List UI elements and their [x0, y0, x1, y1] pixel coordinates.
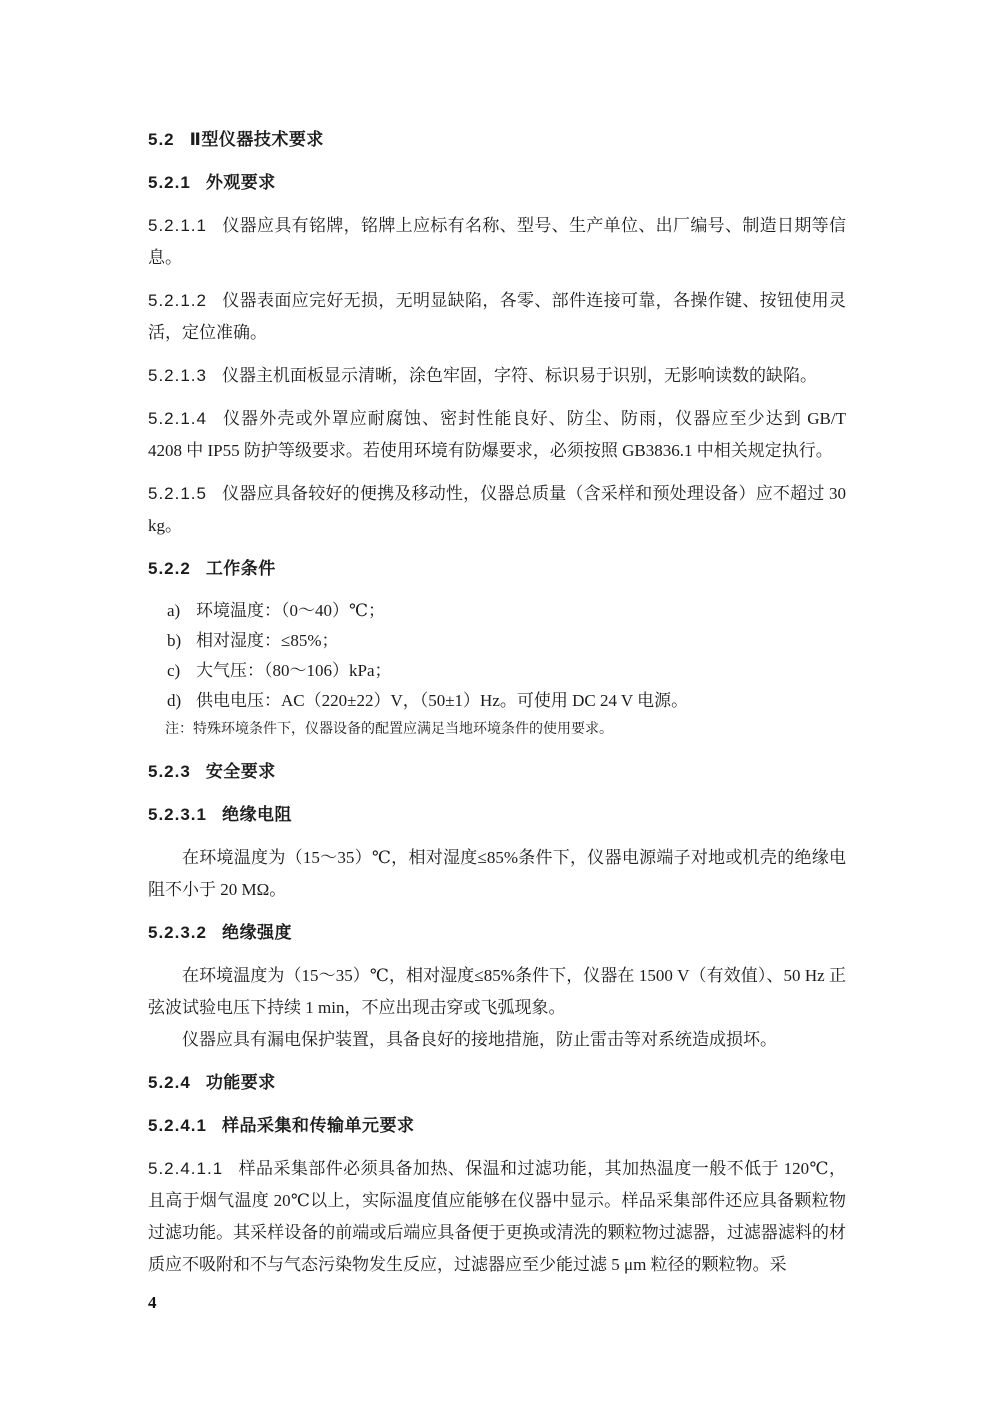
list-item-marker: c): [167, 656, 196, 686]
heading-text: 绝缘电阻: [222, 805, 292, 824]
clause-paragraph: 5.2.1.1仪器应具有铭牌，铭牌上应标有名称、型号、生产单位、出厂编号、制造日…: [148, 210, 846, 274]
heading-text: 样品采集和传输单元要求: [222, 1116, 415, 1135]
clause-number: 5.2.1.2: [148, 285, 207, 317]
clause-number: 5.2.4: [148, 1067, 191, 1099]
list-item: a)环境温度：（0～40）℃；: [167, 596, 846, 626]
clause-paragraph: 5.2.1.3仪器主机面板显示清晰，涂色牢固，字符、标识易于识别，无影响读数的缺…: [148, 360, 846, 392]
section-heading: 5.2.3安全要求: [148, 756, 846, 788]
heading-text: 安全要求: [206, 762, 276, 781]
list-item: d)供电电压：AC（220±22）V，（50±1）Hz。可使用 DC 24 V …: [167, 686, 846, 716]
paragraph-text: 样品采集部件必须具备加热、保温和过滤功能，其加热温度一般不低于 120℃，且高于…: [148, 1159, 846, 1274]
clause-number: 5.2.3.2: [148, 917, 207, 949]
paragraph-text: 仪器应具备较好的便携及移动性，仪器总质量（含采样和预处理设备）应不超过 30 k…: [148, 484, 846, 535]
clause-number: 5.2.4.1: [148, 1110, 207, 1142]
list-item-text: 供电电压：AC（220±22）V，（50±1）Hz。可使用 DC 24 V 电源…: [196, 686, 688, 716]
section-heading: 5.2.3.1绝缘电阻: [148, 799, 846, 831]
clause-paragraph: 5.2.1.2仪器表面应完好无损，无明显缺陷，各零、部件连接可靠，各操作键、按钮…: [148, 285, 846, 349]
clause-number: 5.2.3: [148, 756, 191, 788]
list-item: b)相对湿度：≤85%；: [167, 626, 846, 656]
clause-number: 5.2.3.1: [148, 799, 207, 831]
note-text: 特殊环境条件下，仪器设备的配置应满足当地环境条件的使用要求。: [193, 722, 613, 737]
heading-text: 绝缘强度: [222, 923, 292, 942]
clause-number: 5.2.4.1.1: [148, 1153, 223, 1185]
list-item-marker: d): [167, 686, 196, 716]
note-line: 注：特殊环境条件下，仪器设备的配置应满足当地环境条件的使用要求。: [165, 720, 846, 740]
heading-text: 外观要求: [206, 173, 276, 192]
body-paragraph: 在环境温度为（15～35）℃，相对湿度≤85%条件下，仪器在 1500 V（有效…: [148, 960, 846, 1024]
list-item-text: 相对湿度：≤85%；: [196, 626, 339, 656]
paragraph-text: 仪器主机面板显示清晰，涂色牢固，字符、标识易于识别，无影响读数的缺陷。: [222, 366, 817, 385]
section-heading: 5.2.3.2绝缘强度: [148, 917, 846, 949]
clause-paragraph: 5.2.4.1.1样品采集部件必须具备加热、保温和过滤功能，其加热温度一般不低于…: [148, 1153, 846, 1281]
clause-number: 5.2.1.3: [148, 360, 207, 392]
paragraph-text: 仪器表面应完好无损，无明显缺陷，各零、部件连接可靠，各操作键、按钮使用灵活，定位…: [148, 291, 846, 342]
section-heading: 5.2.2工作条件: [148, 553, 846, 585]
note-label: 注：: [165, 722, 193, 737]
clause-paragraph: 5.2.1.5仪器应具备较好的便携及移动性，仪器总质量（含采样和预处理设备）应不…: [148, 478, 846, 542]
document-page: 5.2Ⅱ型仪器技术要求5.2.1外观要求5.2.1.1仪器应具有铭牌，铭牌上应标…: [0, 0, 992, 1403]
section-heading: 5.2.1外观要求: [148, 167, 846, 199]
condition-list: a)环境温度：（0～40）℃；b)相对湿度：≤85%；c)大气压：（80～106…: [148, 596, 846, 716]
list-item: c)大气压：（80～106）kPa；: [167, 656, 846, 686]
clause-number: 5.2.1.1: [148, 210, 207, 242]
page-number: 4: [148, 1293, 157, 1313]
paragraph-text: 仪器外壳或外罩应耐腐蚀、密封性能良好、防尘、防雨，仪器应至少达到 GB/T 42…: [148, 409, 846, 460]
section-heading: 5.2Ⅱ型仪器技术要求: [148, 124, 846, 156]
list-item-text: 大气压：（80～106）kPa；: [196, 656, 392, 686]
clause-paragraph: 5.2.1.4仪器外壳或外罩应耐腐蚀、密封性能良好、防尘、防雨，仪器应至少达到 …: [148, 403, 846, 467]
heading-text: Ⅱ型仪器技术要求: [190, 130, 324, 149]
section-heading: 5.2.4.1样品采集和传输单元要求: [148, 1110, 846, 1142]
clause-number: 5.2.1.5: [148, 478, 207, 510]
clause-number: 5.2.1: [148, 167, 191, 199]
clause-number: 5.2.1.4: [148, 403, 207, 435]
section-heading: 5.2.4功能要求: [148, 1067, 846, 1099]
paragraph-text: 仪器应具有铭牌，铭牌上应标有名称、型号、生产单位、出厂编号、制造日期等信息。: [148, 216, 846, 267]
body-paragraph: 在环境温度为（15～35）℃，相对湿度≤85%条件下，仪器电源端子对地或机壳的绝…: [148, 842, 846, 906]
clause-number: 5.2.2: [148, 553, 191, 585]
list-item-marker: a): [167, 596, 196, 626]
clause-number: 5.2: [148, 124, 175, 156]
list-item-text: 环境温度：（0～40）℃；: [196, 596, 385, 626]
heading-text: 功能要求: [206, 1073, 276, 1092]
list-item-marker: b): [167, 626, 196, 656]
heading-text: 工作条件: [206, 559, 276, 578]
document-content: 5.2Ⅱ型仪器技术要求5.2.1外观要求5.2.1.1仪器应具有铭牌，铭牌上应标…: [148, 124, 846, 1292]
body-paragraph: 仪器应具有漏电保护装置，具备良好的接地措施，防止雷击等对系统造成损坏。: [148, 1024, 846, 1056]
